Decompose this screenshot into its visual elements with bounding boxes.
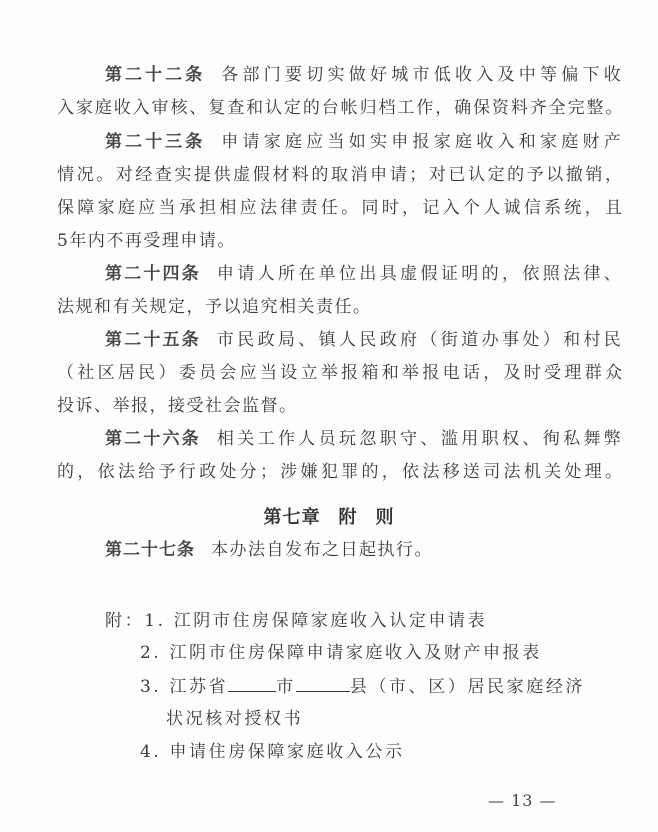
attachment-item-3-line-2: 状况核对授权书: [166, 708, 303, 730]
article-23-text-1: 申请家庭应当如实申报家庭收入和家庭财产: [221, 132, 623, 152]
article-23-number: 第二十三条: [105, 132, 205, 152]
article-27-line-1: 第二十七条本办法自发布之日起执行。: [105, 539, 623, 561]
article-22-text-1: 各部门要切实做好城市低收入及中等偏下收: [221, 65, 623, 85]
city-blank-field: [228, 675, 276, 692]
article-23-line-2: 情况。对经查实提供虚假材料的取消申请；对已认定的予以撤销，: [57, 164, 623, 186]
article-23-line-3: 保障家庭应当承担相应法律责任。同时，记入个人诚信系统，且: [57, 197, 623, 219]
article-24-line-2: 法规和有关规定，予以追究相关责任。: [57, 296, 623, 318]
attachment-item-1: 附：1. 江阴市住房保障家庭收入认定申请表: [105, 610, 487, 632]
article-25-text-1: 市民政局、镇人民政府（街道办事处）和村民: [217, 330, 623, 350]
article-26-line-2: 的，依法给予行政处分；涉嫌犯罪的，依法移送司法机关处理。: [57, 461, 623, 483]
article-27-text-1: 本办法自发布之日起执行。: [211, 540, 433, 560]
page-number: — 13 —: [488, 791, 557, 810]
article-24-line-1: 第二十四条申请人所在单位出具虚假证明的，依照法律、: [105, 263, 623, 285]
article-26-line-1: 第二十六条相关工作人员玩忽职守、滥用职权、徇私舞弊: [105, 428, 623, 450]
attachment-item-3: 3. 江苏省市县（市、区）居民家庭经济: [140, 675, 585, 698]
article-22-line-2: 入家庭收入审核、复查和认定的台帐归档工作，确保资料齐全完整。: [57, 97, 623, 119]
article-24-text-1: 申请人所在单位出具虚假证明的，依照法律、: [217, 264, 623, 284]
attachment-4-index: 4.: [140, 742, 161, 762]
article-25-number: 第二十五条: [105, 330, 201, 350]
attachment-3-text-3: 县（市、区）居民家庭经济: [350, 677, 585, 697]
article-26-text-1: 相关工作人员玩忽职守、滥用职权、徇私舞弊: [217, 429, 623, 449]
attachments-prefix: 附：: [105, 611, 144, 631]
chapter-heading: 第七章附则: [0, 503, 658, 529]
attachment-3-index: 3.: [140, 677, 161, 697]
article-24-number: 第二十四条: [105, 264, 201, 284]
chapter-title-part-1: 附: [339, 507, 358, 528]
county-blank-field: [296, 675, 350, 692]
article-25-line-2: （社区居民）委员会应当设立举报箱和举报电话，及时受理群众: [57, 362, 623, 384]
article-25-line-1: 第二十五条市民政局、镇人民政府（街道办事处）和村民: [105, 329, 623, 351]
attachment-2-index: 2.: [140, 643, 161, 663]
attachment-4-text: 申请住房保障家庭收入公示: [169, 742, 404, 762]
article-25-line-3: 投诉、举报，接受社会监督。: [57, 395, 623, 417]
attachment-2-text: 江阴市住房保障申请家庭收入及财产申报表: [169, 643, 541, 663]
attachment-3-text-2: 市: [276, 677, 296, 697]
attachment-item-4: 4. 申请住房保障家庭收入公示: [140, 741, 405, 763]
article-23-line-1: 第二十三条申请家庭应当如实申报家庭收入和家庭财产: [105, 131, 623, 153]
article-26-number: 第二十六条: [105, 429, 201, 449]
attachment-1-index: 1.: [144, 611, 165, 631]
chapter-title-part-2: 则: [376, 507, 395, 528]
chapter-number: 第七章: [264, 507, 321, 528]
article-23-line-4: 5年内不再受理申请。: [57, 230, 623, 252]
attachment-1-text: 江阴市住房保障家庭收入认定申请表: [174, 611, 488, 631]
attachment-item-2: 2. 江阴市住房保障申请家庭收入及财产申报表: [140, 642, 542, 664]
attachment-3-text-1: 江苏省: [169, 677, 228, 697]
document-page: 第二十二条各部门要切实做好城市低收入及中等偏下收 入家庭收入审核、复查和认定的台…: [0, 0, 658, 832]
article-22-number: 第二十二条: [105, 65, 205, 85]
article-27-number: 第二十七条: [105, 540, 195, 560]
article-22-line-1: 第二十二条各部门要切实做好城市低收入及中等偏下收: [105, 64, 623, 86]
